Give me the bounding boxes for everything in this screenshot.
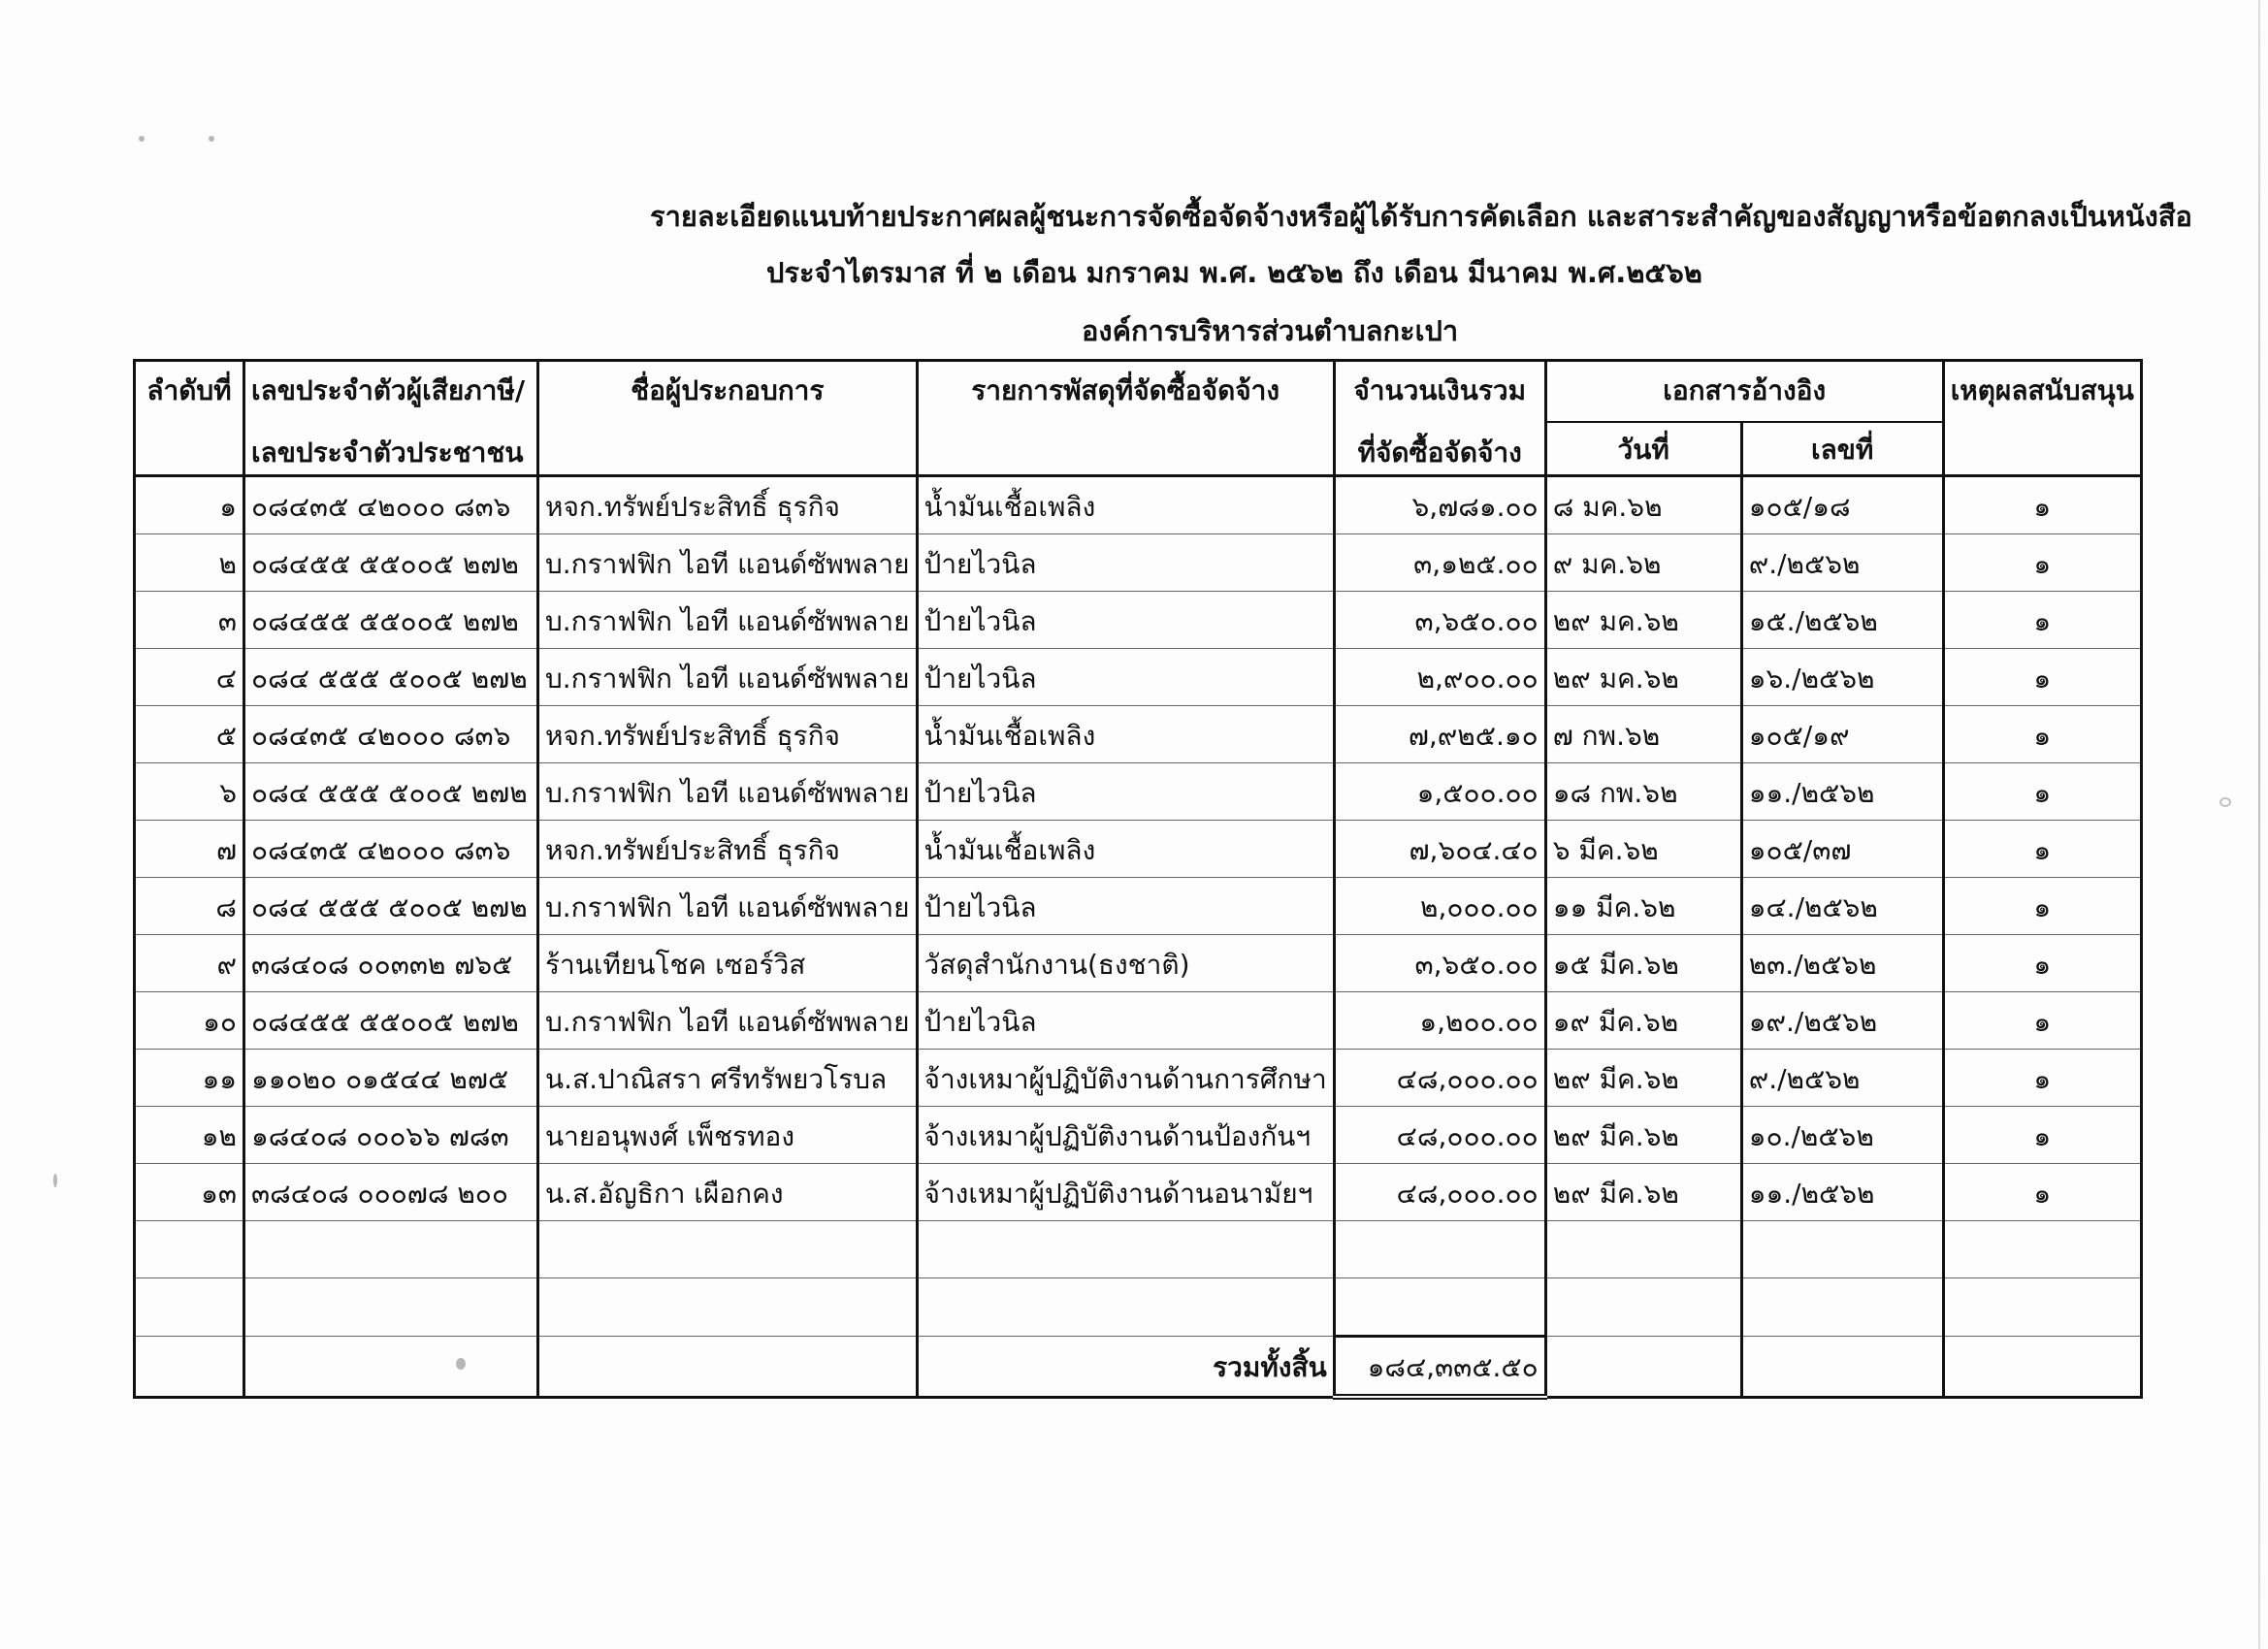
- cell-seq: ๘: [135, 878, 244, 935]
- col-header-ref-date: วันที่: [1545, 422, 1741, 476]
- col-header-item: รายการพัสดุที่จัดซื้อจัดจ้าง: [917, 361, 1334, 476]
- cell-seq: ๒: [135, 534, 244, 592]
- cell-reason: ๑: [1943, 992, 2141, 1050]
- cell-ref-no: ๑๐๕/๓๗: [1741, 821, 1943, 878]
- empty-cell: [1334, 1221, 1545, 1278]
- cell-amount: ๑,๒๐๐.๐๐: [1334, 992, 1545, 1050]
- cell-tax-id: ๓๘๔๐๘ ๐๐๓๓๒ ๗๖๕: [244, 935, 538, 992]
- cell-amount: ๑,๕๐๐.๐๐: [1334, 763, 1545, 821]
- cell-vendor: หจก.ทรัพย์ประสิทธิ์ ธุรกิจ: [538, 821, 918, 878]
- cell-ref-date: ๒๙ มีค.๖๒: [1545, 1050, 1741, 1107]
- cell-vendor: หจก.ทรัพย์ประสิทธิ์ ธุรกิจ: [538, 476, 918, 534]
- cell-item: จ้างเหมาผู้ปฏิบัติงานด้านป้องกันฯ: [917, 1107, 1334, 1164]
- col-header-reference: เอกสารอ้างอิง: [1545, 361, 1943, 422]
- cell-vendor: บ.กราฟฟิก ไอที แอนด์ซัพพลาย: [538, 763, 918, 821]
- empty-cell: [244, 1221, 538, 1278]
- table-row: ๘๐๘๔ ๕๕๕ ๕๐๐๕ ๒๗๒บ.กราฟฟิก ไอที แอนด์ซัพ…: [135, 878, 2142, 935]
- table-row: ๑๐๐๘๔๕๕ ๕๕๐๐๕ ๒๗๒บ.กราฟฟิก ไอที แอนด์ซัพ…: [135, 992, 2142, 1050]
- cell-vendor: บ.กราฟฟิก ไอที แอนด์ซัพพลาย: [538, 878, 918, 935]
- cell-vendor: บ.กราฟฟิก ไอที แอนด์ซัพพลาย: [538, 992, 918, 1050]
- cell-ref-date: ๗ กพ.๖๒: [1545, 706, 1741, 763]
- cell-item: วัสดุสำนักงาน(ธงชาติ): [917, 935, 1334, 992]
- cell-ref-no: ๑๐๕/๑๘: [1741, 476, 1943, 534]
- cell-seq: ๓: [135, 592, 244, 649]
- cell-ref-no: ๑๔./๒๕๖๒: [1741, 878, 1943, 935]
- cell-ref-date: ๑๙ มีค.๖๒: [1545, 992, 1741, 1050]
- empty-cell: [538, 1278, 918, 1337]
- procurement-table: ลำดับที่ เลขประจำตัวผู้เสียภาษี/ เลขประจ…: [133, 359, 2143, 1400]
- cell-tax-id: ๐๘๔๓๕ ๔๒๐๐๐ ๘๓๖: [244, 476, 538, 534]
- cell-vendor: นายอนุพงศ์ เพ็ชรทอง: [538, 1107, 918, 1164]
- cell-reason: ๑: [1943, 763, 2141, 821]
- cell-ref-no: ๑๙./๒๕๖๒: [1741, 992, 1943, 1050]
- cell-vendor: น.ส.ปาณิสรา ศรีทรัพยวโรบล: [538, 1050, 918, 1107]
- cell-vendor: ร้านเทียนโชค เซอร์วิส: [538, 935, 918, 992]
- cell-ref-date: ๖ มีค.๖๒: [1545, 821, 1741, 878]
- cell-seq: ๑๑: [135, 1050, 244, 1107]
- col-header-reason: เหตุผลสนับสนุน: [1943, 361, 2141, 476]
- cell-vendor: บ.กราฟฟิก ไอที แอนด์ซัพพลาย: [538, 534, 918, 592]
- cell-reason: ๑: [1943, 1050, 2141, 1107]
- cell-amount: ๓,๖๕๐.๐๐: [1334, 592, 1545, 649]
- cell-item: จ้างเหมาผู้ปฏิบัติงานด้านอนามัยฯ: [917, 1164, 1334, 1221]
- cell-ref-no: ๙./๒๕๖๒: [1741, 1050, 1943, 1107]
- cell-item: น้ำมันเชื้อเพลิง: [917, 821, 1334, 878]
- cell-seq: ๙: [135, 935, 244, 992]
- cell-tax-id: ๐๘๔ ๕๕๕ ๕๐๐๕ ๒๗๒: [244, 878, 538, 935]
- cell-item: น้ำมันเชื้อเพลิง: [917, 476, 1334, 534]
- table-row: ๔๐๘๔ ๕๕๕ ๕๐๐๕ ๒๗๒บ.กราฟฟิก ไอที แอนด์ซัพ…: [135, 649, 2142, 706]
- empty-cell: [244, 1337, 538, 1398]
- cell-reason: ๑: [1943, 1164, 2141, 1221]
- cell-item: ป้ายไวนิล: [917, 649, 1334, 706]
- cell-ref-date: ๘ มค.๖๒: [1545, 476, 1741, 534]
- cell-seq: ๑๒: [135, 1107, 244, 1164]
- scan-speck: [139, 136, 145, 142]
- cell-ref-date: ๑๕ มีค.๖๒: [1545, 935, 1741, 992]
- cell-amount: ๒,๐๐๐.๐๐: [1334, 878, 1545, 935]
- cell-ref-no: ๑๖./๒๕๖๒: [1741, 649, 1943, 706]
- organization-name: องค์การบริหารส่วนตำบลกะเปา: [0, 308, 2268, 353]
- cell-ref-date: ๒๙ มค.๖๒: [1545, 592, 1741, 649]
- cell-reason: ๑: [1943, 878, 2141, 935]
- cell-tax-id: ๑๘๔๐๘ ๐๐๐๖๖ ๗๘๓: [244, 1107, 538, 1164]
- cell-item: ป้ายไวนิล: [917, 534, 1334, 592]
- cell-tax-id: ๐๘๔ ๕๕๕ ๕๐๐๕ ๒๗๒: [244, 649, 538, 706]
- empty-cell: [917, 1221, 1334, 1278]
- table-row: ๓๐๘๔๕๕ ๕๕๐๐๕ ๒๗๒บ.กราฟฟิก ไอที แอนด์ซัพพ…: [135, 592, 2142, 649]
- table-row: ๖๐๘๔ ๕๕๕ ๕๐๐๕ ๒๗๒บ.กราฟฟิก ไอที แอนด์ซัพ…: [135, 763, 2142, 821]
- table-row: ๙๓๘๔๐๘ ๐๐๓๓๒ ๗๖๕ร้านเทียนโชค เซอร์วิสวัส…: [135, 935, 2142, 992]
- empty-cell: [1943, 1278, 2141, 1337]
- col-header-ref-no: เลขที่: [1741, 422, 1943, 476]
- cell-seq: ๑๓: [135, 1164, 244, 1221]
- cell-tax-id: ๐๘๔๕๕ ๕๕๐๐๕ ๒๗๒: [244, 992, 538, 1050]
- cell-tax-id: ๐๘๔๕๕ ๕๕๐๐๕ ๒๗๒: [244, 592, 538, 649]
- scan-speck: [2219, 797, 2231, 807]
- cell-amount: ๓,๑๒๕.๐๐: [1334, 534, 1545, 592]
- cell-item: จ้างเหมาผู้ปฏิบัติงานด้านการศึกษา: [917, 1050, 1334, 1107]
- table-row: ๑๑๑๑๐๒๐ ๐๑๕๔๔ ๒๗๕น.ส.ปาณิสรา ศรีทรัพยวโร…: [135, 1050, 2142, 1107]
- document-title: รายละเอียดแนบท้ายประกาศผลผู้ชนะการจัดซื้…: [0, 194, 2268, 239]
- cell-ref-no: ๒๓./๒๕๖๒: [1741, 935, 1943, 992]
- cell-tax-id: ๐๘๔ ๕๕๕ ๕๐๐๕ ๒๗๒: [244, 763, 538, 821]
- table-row: ๑๓๓๘๔๐๘ ๐๐๐๗๘ ๒๐๐น.ส.อัญธิกา เผือกคงจ้าง…: [135, 1164, 2142, 1221]
- cell-amount: ๓,๖๕๐.๐๐: [1334, 935, 1545, 992]
- total-row: รวมทั้งสิ้น๑๘๔,๓๓๕.๕๐: [135, 1337, 2142, 1398]
- cell-amount: ๔๘,๐๐๐.๐๐: [1334, 1050, 1545, 1107]
- cell-reason: ๑: [1943, 534, 2141, 592]
- cell-reason: ๑: [1943, 1107, 2141, 1164]
- cell-item: ป้ายไวนิล: [917, 878, 1334, 935]
- total-label: รวมทั้งสิ้น: [917, 1337, 1334, 1398]
- cell-item: ป้ายไวนิล: [917, 592, 1334, 649]
- cell-tax-id: ๓๘๔๐๘ ๐๐๐๗๘ ๒๐๐: [244, 1164, 538, 1221]
- cell-reason: ๑: [1943, 706, 2141, 763]
- cell-ref-date: ๒๙ มค.๖๒: [1545, 649, 1741, 706]
- cell-ref-no: ๑๐๕/๑๙: [1741, 706, 1943, 763]
- cell-amount: ๖,๗๘๑.๐๐: [1334, 476, 1545, 534]
- col-header-amount: จำนวนเงินรวม ที่จัดซื้อจัดจ้าง: [1334, 361, 1545, 476]
- col-header-vendor: ชื่อผู้ประกอบการ: [538, 361, 918, 476]
- empty-cell: [1334, 1278, 1545, 1337]
- cell-seq: ๑๐: [135, 992, 244, 1050]
- cell-vendor: น.ส.อัญธิกา เผือกคง: [538, 1164, 918, 1221]
- empty-cell: [1545, 1278, 1741, 1337]
- scan-speck: [209, 136, 214, 142]
- table-row: ๑๐๘๔๓๕ ๔๒๐๐๐ ๘๓๖หจก.ทรัพย์ประสิทธิ์ ธุรก…: [135, 476, 2142, 534]
- cell-amount: ๔๘,๐๐๐.๐๐: [1334, 1164, 1545, 1221]
- empty-cell: [1741, 1278, 1943, 1337]
- cell-reason: ๑: [1943, 821, 2141, 878]
- cell-item: ป้ายไวนิล: [917, 763, 1334, 821]
- cell-tax-id: ๐๘๔๓๕ ๔๒๐๐๐ ๘๓๖: [244, 821, 538, 878]
- cell-vendor: หจก.ทรัพย์ประสิทธิ์ ธุรกิจ: [538, 706, 918, 763]
- cell-ref-no: ๑๐./๒๕๖๒: [1741, 1107, 1943, 1164]
- cell-item: น้ำมันเชื้อเพลิง: [917, 706, 1334, 763]
- cell-vendor: บ.กราฟฟิก ไอที แอนด์ซัพพลาย: [538, 592, 918, 649]
- cell-ref-date: ๑๑ มีค.๖๒: [1545, 878, 1741, 935]
- cell-vendor: บ.กราฟฟิก ไอที แอนด์ซัพพลาย: [538, 649, 918, 706]
- scan-edge-line: [2258, 0, 2260, 1649]
- document-period: ประจำไตรมาส ที่ ๒ เดือน มกราคม พ.ศ. ๒๕๖๒…: [0, 250, 2268, 295]
- cell-tax-id: ๐๘๔๕๕ ๕๕๐๐๕ ๒๗๒: [244, 534, 538, 592]
- total-amount: ๑๘๔,๓๓๕.๕๐: [1334, 1337, 1545, 1398]
- cell-ref-no: ๑๑./๒๕๖๒: [1741, 763, 1943, 821]
- table-row: ๕๐๘๔๓๕ ๔๒๐๐๐ ๘๓๖หจก.ทรัพย์ประสิทธิ์ ธุรก…: [135, 706, 2142, 763]
- empty-cell: [917, 1278, 1334, 1337]
- empty-row: [135, 1221, 2142, 1278]
- cell-seq: ๕: [135, 706, 244, 763]
- cell-seq: ๑: [135, 476, 244, 534]
- cell-ref-date: ๑๘ กพ.๖๒: [1545, 763, 1741, 821]
- empty-cell: [1545, 1337, 1741, 1398]
- cell-tax-id: ๐๘๔๓๕ ๔๒๐๐๐ ๘๓๖: [244, 706, 538, 763]
- cell-reason: ๑: [1943, 476, 2141, 534]
- empty-cell: [135, 1337, 244, 1398]
- cell-seq: ๔: [135, 649, 244, 706]
- empty-cell: [538, 1337, 918, 1398]
- table-row: ๗๐๘๔๓๕ ๔๒๐๐๐ ๘๓๖หจก.ทรัพย์ประสิทธิ์ ธุรก…: [135, 821, 2142, 878]
- empty-cell: [1741, 1337, 1943, 1398]
- empty-cell: [1943, 1337, 2141, 1398]
- empty-cell: [135, 1221, 244, 1278]
- cell-ref-date: ๙ มค.๖๒: [1545, 534, 1741, 592]
- cell-reason: ๑: [1943, 935, 2141, 992]
- cell-ref-date: ๒๙ มีค.๖๒: [1545, 1164, 1741, 1221]
- empty-row: [135, 1278, 2142, 1337]
- cell-amount: ๔๘,๐๐๐.๐๐: [1334, 1107, 1545, 1164]
- cell-amount: ๗,๖๐๔.๔๐: [1334, 821, 1545, 878]
- col-header-tax-id: เลขประจำตัวผู้เสียภาษี/ เลขประจำตัวประชา…: [244, 361, 538, 476]
- empty-cell: [1943, 1221, 2141, 1278]
- cell-tax-id: ๑๑๐๒๐ ๐๑๕๔๔ ๒๗๕: [244, 1050, 538, 1107]
- empty-cell: [244, 1278, 538, 1337]
- cell-reason: ๑: [1943, 592, 2141, 649]
- table-row: ๒๐๘๔๕๕ ๕๕๐๐๕ ๒๗๒บ.กราฟฟิก ไอที แอนด์ซัพพ…: [135, 534, 2142, 592]
- cell-ref-date: ๒๙ มีค.๖๒: [1545, 1107, 1741, 1164]
- cell-item: ป้ายไวนิล: [917, 992, 1334, 1050]
- cell-amount: ๒,๙๐๐.๐๐: [1334, 649, 1545, 706]
- cell-seq: ๖: [135, 763, 244, 821]
- empty-cell: [135, 1278, 244, 1337]
- cell-ref-no: ๑๕./๒๕๖๒: [1741, 592, 1943, 649]
- cell-ref-no: ๑๑./๒๕๖๒: [1741, 1164, 1943, 1221]
- cell-seq: ๗: [135, 821, 244, 878]
- empty-cell: [538, 1221, 918, 1278]
- scan-speck: [53, 1174, 57, 1187]
- cell-reason: ๑: [1943, 649, 2141, 706]
- cell-ref-no: ๙./๒๕๖๒: [1741, 534, 1943, 592]
- col-header-seq: ลำดับที่: [135, 361, 244, 476]
- empty-cell: [1545, 1221, 1741, 1278]
- table-row: ๑๒๑๘๔๐๘ ๐๐๐๖๖ ๗๘๓นายอนุพงศ์ เพ็ชรทองจ้าง…: [135, 1107, 2142, 1164]
- cell-amount: ๗,๙๒๕.๑๐: [1334, 706, 1545, 763]
- empty-cell: [1741, 1221, 1943, 1278]
